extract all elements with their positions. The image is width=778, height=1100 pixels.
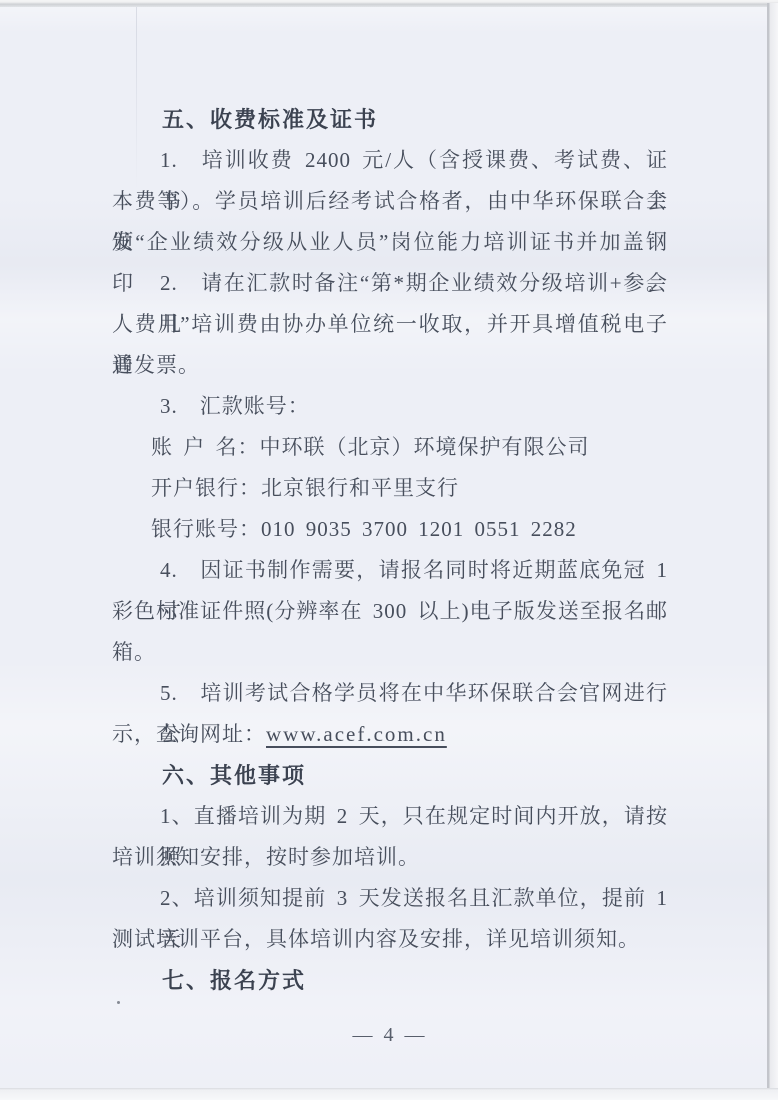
scan-speck-artifact <box>117 1001 120 1004</box>
scanned-document-page: 五、收费标准及证书1. 培训收费 2400 元/人（含授课费、考试费、证书工本费… <box>0 0 778 1100</box>
text-line: 通发票。 <box>112 345 668 386</box>
text-line: 1、直播培训为期 2 天，只在规定时间内开放，请按照 <box>112 796 668 837</box>
text-line: 培训须知安排，按时参加培训。 <box>112 837 668 878</box>
scan-edge-right <box>767 3 778 1100</box>
text-line: 2、培训须知提前 3 天发送报名且汇款单位，提前 1 天 <box>112 878 668 919</box>
text-line: 1. 培训收费 2400 元/人（含授课费、考试费、证书工 <box>112 140 668 181</box>
section-heading: 六、其他事项 <box>112 755 668 796</box>
section-heading: 七、报名方式 <box>112 960 668 1001</box>
scan-edge-top <box>0 0 778 7</box>
text-line: 彩色标准证件照(分辨率在 300 以上)电子版发送至报名邮 <box>112 591 668 632</box>
text-line: 5. 培训考试合格学员将在中华环保联合会官网进行公 <box>112 673 668 714</box>
text-line: 本费等）。学员培训后经考试合格者，由中华环保联合会颁 <box>112 181 668 222</box>
text-line: 3. 汇款账号： <box>112 386 668 427</box>
text-line: 示，查询网址：www.acef.com.cn <box>112 714 668 755</box>
scan-edge-bottom <box>0 1088 778 1100</box>
page-number: — 4 — <box>112 1015 668 1055</box>
text-line: 测试培训平台，具体培训内容及安排，详见培训须知。 <box>112 919 668 960</box>
section-heading: 五、收费标准及证书 <box>112 99 668 140</box>
url-link[interactable]: www.acef.com.cn <box>266 722 447 746</box>
text-line: 银行账号：010 9035 3700 1201 0551 2282 <box>112 509 668 550</box>
text-line: 发“企业绩效分级从业人员”岗位能力培训证书并加盖钢印。 <box>112 222 668 263</box>
text-line: 人费用”培训费由协办单位统一收取，并开具增值税电子普 <box>112 304 668 345</box>
text-segment: 示，查询网址： <box>112 722 266 746</box>
text-line: 开户银行：北京银行和平里支行 <box>112 468 668 509</box>
document-body: 五、收费标准及证书1. 培训收费 2400 元/人（含授课费、考试费、证书工本费… <box>112 99 668 1001</box>
text-line: 账 户 名：中环联（北京）环境保护有限公司 <box>112 427 668 468</box>
text-line: 箱。 <box>112 632 668 673</box>
text-line: 4. 因证书制作需要，请报名同时将近期蓝底免冠 1 寸 <box>112 550 668 591</box>
text-line: 2. 请在汇款时备注“第*期企业绩效分级培训+参会几 <box>112 263 668 304</box>
